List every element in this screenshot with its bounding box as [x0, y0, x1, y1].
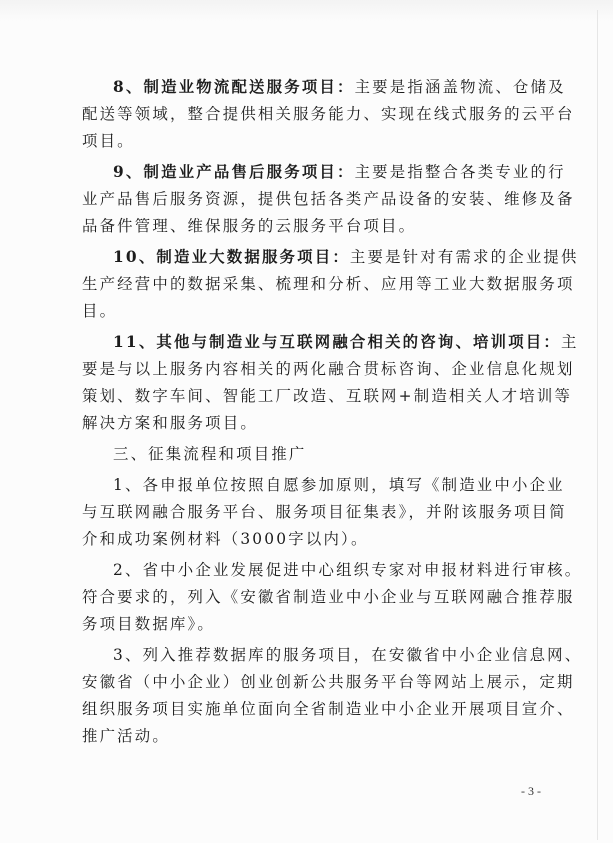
scan-bleed-through — [0, 0, 613, 22]
item-9-title: 9、制造业产品售后服务项目： — [113, 163, 355, 181]
paragraph-step-2: 2、省中小企业发展促进中心组织专家对申报材料进行审核。 符合要求的，列入《安徽省… — [82, 557, 526, 638]
paragraph-item-9: 9、制造业产品售后服务项目：主要是指整合各类专业的行 业产品售后服务资源，提供包… — [82, 159, 526, 240]
document-page: 8、制造业物流配送服务项目：主要是指涵盖物流、仓储及 配送等领域，整合提供相关服… — [0, 0, 613, 843]
item-8-title: 8、制造业物流配送服务项目： — [113, 78, 355, 96]
section-heading: 三、征集流程和项目推广 — [82, 441, 526, 468]
item-10-title: 10、制造业大数据服务项目： — [113, 248, 350, 266]
paragraph-item-11: 11、其他与制造业与互联网融合相关的咨询、培训项目：主 要是与以上服务内容相关的… — [82, 329, 526, 437]
page-number: - 3 - — [521, 784, 541, 799]
scan-edge-line — [597, 10, 598, 840]
item-11-title: 11、其他与制造业与互联网融合相关的咨询、培训项目： — [113, 333, 561, 351]
paragraph-step-3: 3、列入推荐数据库的服务项目，在安徽省中小企业信息网、 安徽省（中小企业）创业创… — [82, 642, 526, 750]
document-body: 8、制造业物流配送服务项目：主要是指涵盖物流、仓储及 配送等领域，整合提供相关服… — [82, 74, 526, 750]
paragraph-item-10: 10、制造业大数据服务项目：主要是针对有需求的企业提供 生产经营中的数据采集、梳… — [82, 244, 526, 325]
paragraph-item-8: 8、制造业物流配送服务项目：主要是指涵盖物流、仓储及 配送等领域，整合提供相关服… — [82, 74, 526, 155]
paragraph-step-1: 1、各申报单位按照自愿参加原则，填写《制造业中小企业 与互联网融合服务平台、服务… — [82, 472, 526, 553]
